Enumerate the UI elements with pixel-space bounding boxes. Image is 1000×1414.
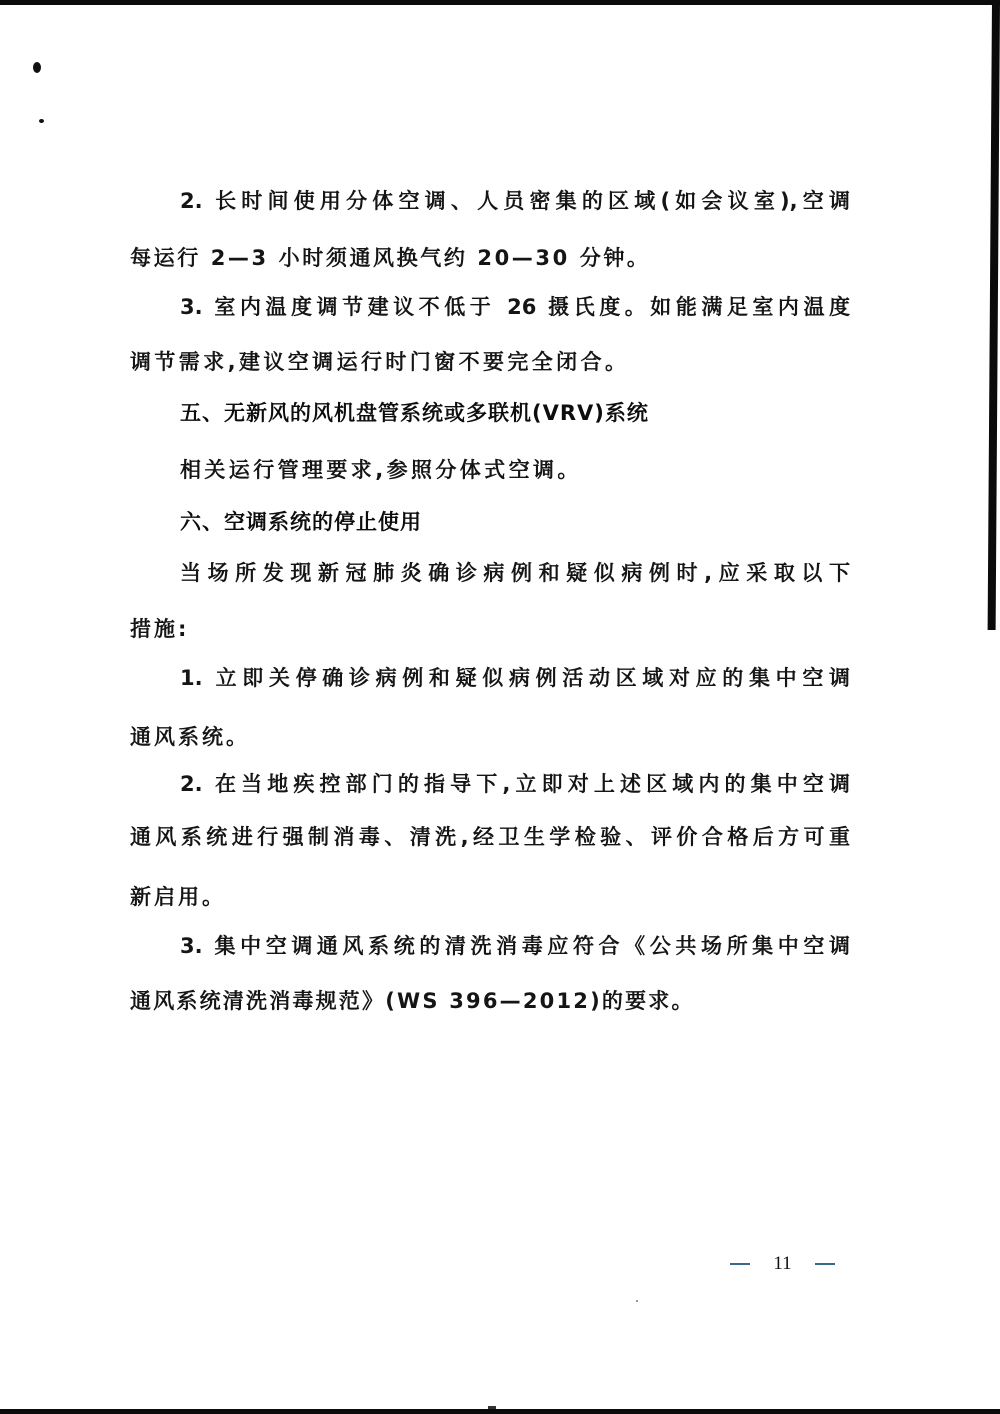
paragraph-line: 1. 立即关停确诊病例和疑似病例活动区域对应的集中空调	[180, 663, 850, 693]
paragraph-line: 3. 集中空调通风系统的清洗消毒应符合《公共场所集中空调	[180, 931, 850, 961]
paragraph-line: 新启用。	[130, 882, 850, 912]
page-number-value: 11	[773, 1253, 791, 1275]
paragraph-line: 通风系统进行强制消毒、清洗,经卫生学检验、评价合格后方可重	[130, 822, 850, 852]
paragraph-line: 2. 长时间使用分体空调、人员密集的区域(如会议室),空调	[180, 186, 850, 216]
paragraph-line: 通风系统。	[130, 722, 850, 752]
paragraph-line: 通风系统清洗消毒规范》(WS 396—2012)的要求。	[130, 986, 850, 1016]
paragraph-line: 每运行 2—3 小时须通风换气约 20—30 分钟。	[130, 243, 850, 273]
paragraph-line: 措施:	[130, 614, 850, 644]
section-heading: 五、无新风的风机盘管系统或多联机(VRV)系统	[180, 398, 900, 428]
paragraph-line: 3. 室内温度调节建议不低于 26 摄氏度。如能满足室内温度	[180, 292, 850, 322]
paragraph-line: 当场所发现新冠肺炎确诊病例和疑似病例时,应采取以下	[180, 558, 850, 588]
paragraph-line: 相关运行管理要求,参照分体式空调。	[180, 455, 850, 485]
page-number-dash-right	[815, 1263, 835, 1265]
paragraph-line: 2. 在当地疾控部门的指导下,立即对上述区域内的集中空调	[180, 769, 850, 799]
section-heading: 六、空调系统的停止使用	[180, 507, 900, 537]
page-number-dash-left	[730, 1263, 750, 1265]
paragraph-line: 调节需求,建议空调运行时门窗不要完全闭合。	[130, 347, 850, 377]
document-page: 2. 长时间使用分体空调、人员密集的区域(如会议室),空调 每运行 2—3 小时…	[0, 0, 1000, 1414]
page-number: 11	[730, 1253, 835, 1275]
